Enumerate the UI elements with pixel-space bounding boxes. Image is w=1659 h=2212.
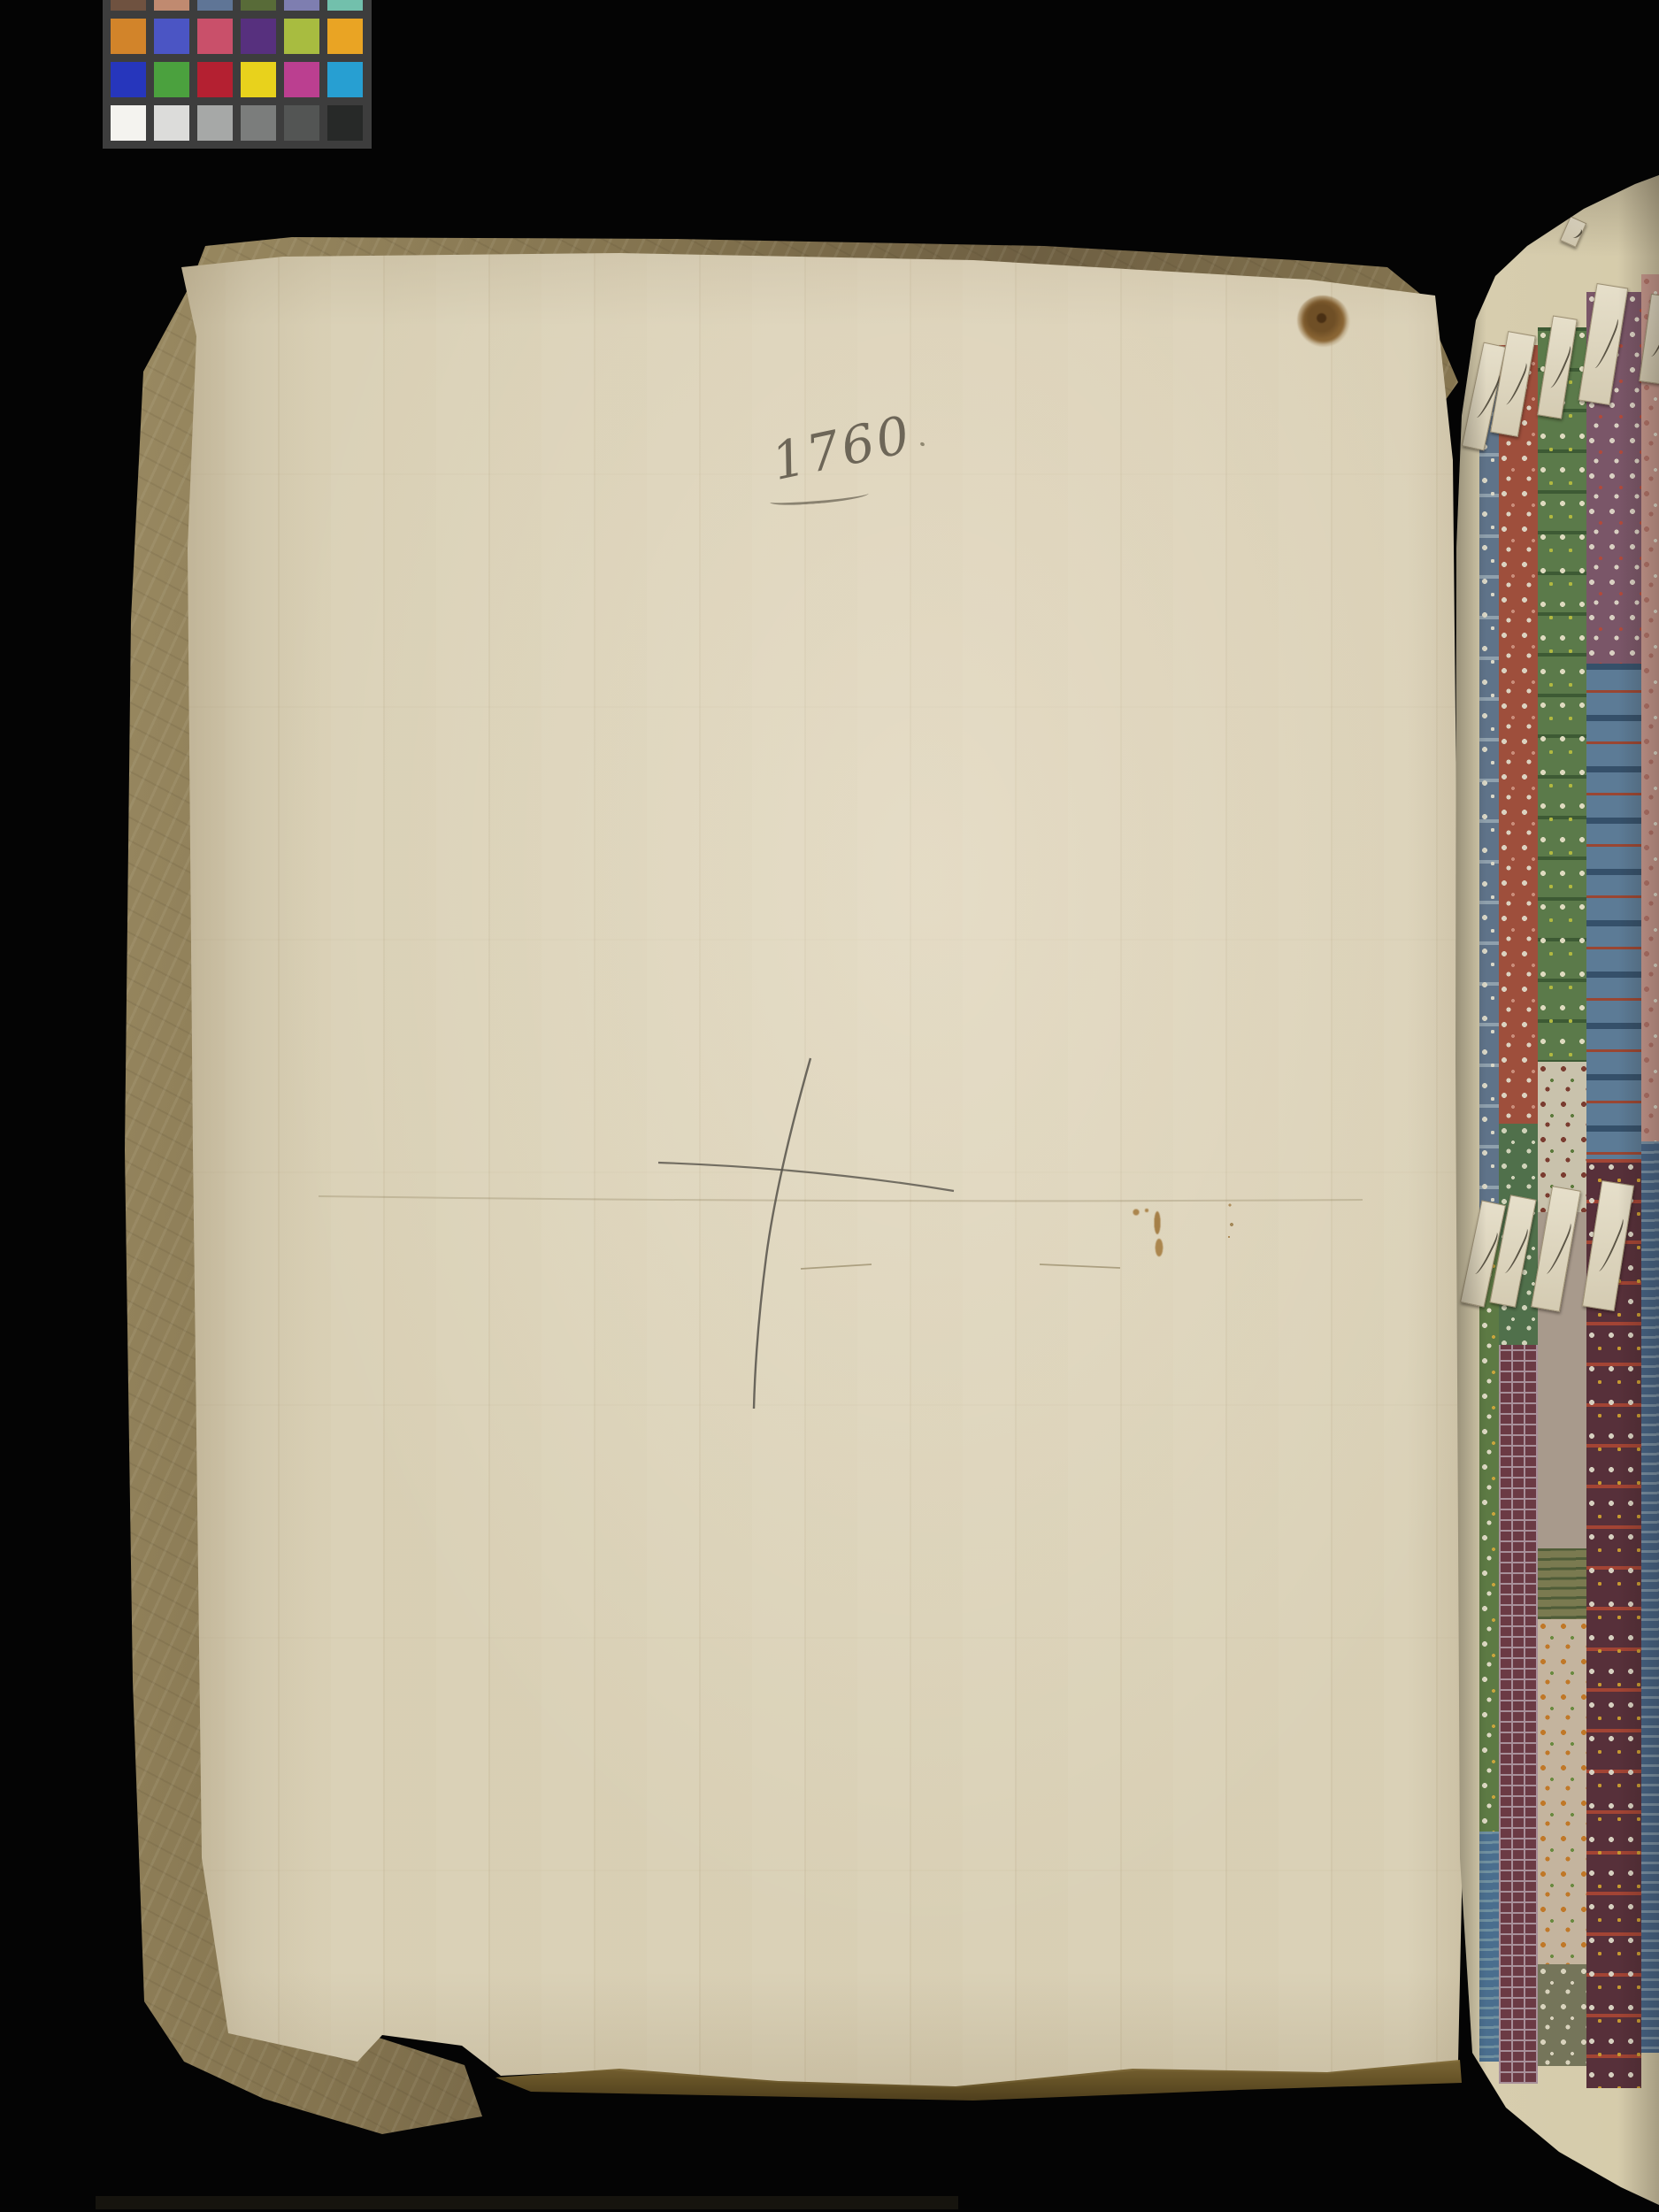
rust-specks bbox=[1225, 1200, 1237, 1242]
color-patch bbox=[241, 62, 276, 97]
color-patch bbox=[241, 19, 276, 54]
color-patch bbox=[327, 62, 363, 97]
photograph-stage: 1760 bbox=[0, 0, 1659, 2212]
color-patch bbox=[327, 19, 363, 54]
color-patch bbox=[197, 0, 233, 11]
color-patch bbox=[284, 19, 319, 54]
color-patch bbox=[284, 62, 319, 97]
color-calibration-target bbox=[103, 0, 372, 150]
color-patch bbox=[284, 105, 319, 141]
ink-stain bbox=[1297, 296, 1350, 347]
rust-stain bbox=[1120, 1203, 1170, 1263]
color-checker-grid bbox=[103, 0, 372, 149]
gutter-shadow bbox=[1432, 150, 1659, 2212]
scanner-cradle-edge bbox=[96, 2196, 958, 2209]
color-patch bbox=[154, 62, 189, 97]
color-patch bbox=[197, 62, 233, 97]
color-patch bbox=[154, 0, 189, 11]
color-patch bbox=[241, 105, 276, 141]
color-patch bbox=[111, 0, 146, 11]
color-patch bbox=[197, 105, 233, 141]
color-patch bbox=[154, 105, 189, 141]
color-patch bbox=[154, 19, 189, 54]
color-patch bbox=[111, 105, 146, 141]
color-patch bbox=[327, 105, 363, 141]
color-patch bbox=[327, 0, 363, 11]
facing-page-fabric-swatches bbox=[1432, 150, 1659, 2212]
color-patch bbox=[197, 19, 233, 54]
color-patch bbox=[111, 62, 146, 97]
album-page bbox=[173, 246, 1469, 2104]
color-patch bbox=[284, 0, 319, 11]
color-patch bbox=[111, 19, 146, 54]
color-patch bbox=[241, 0, 276, 11]
